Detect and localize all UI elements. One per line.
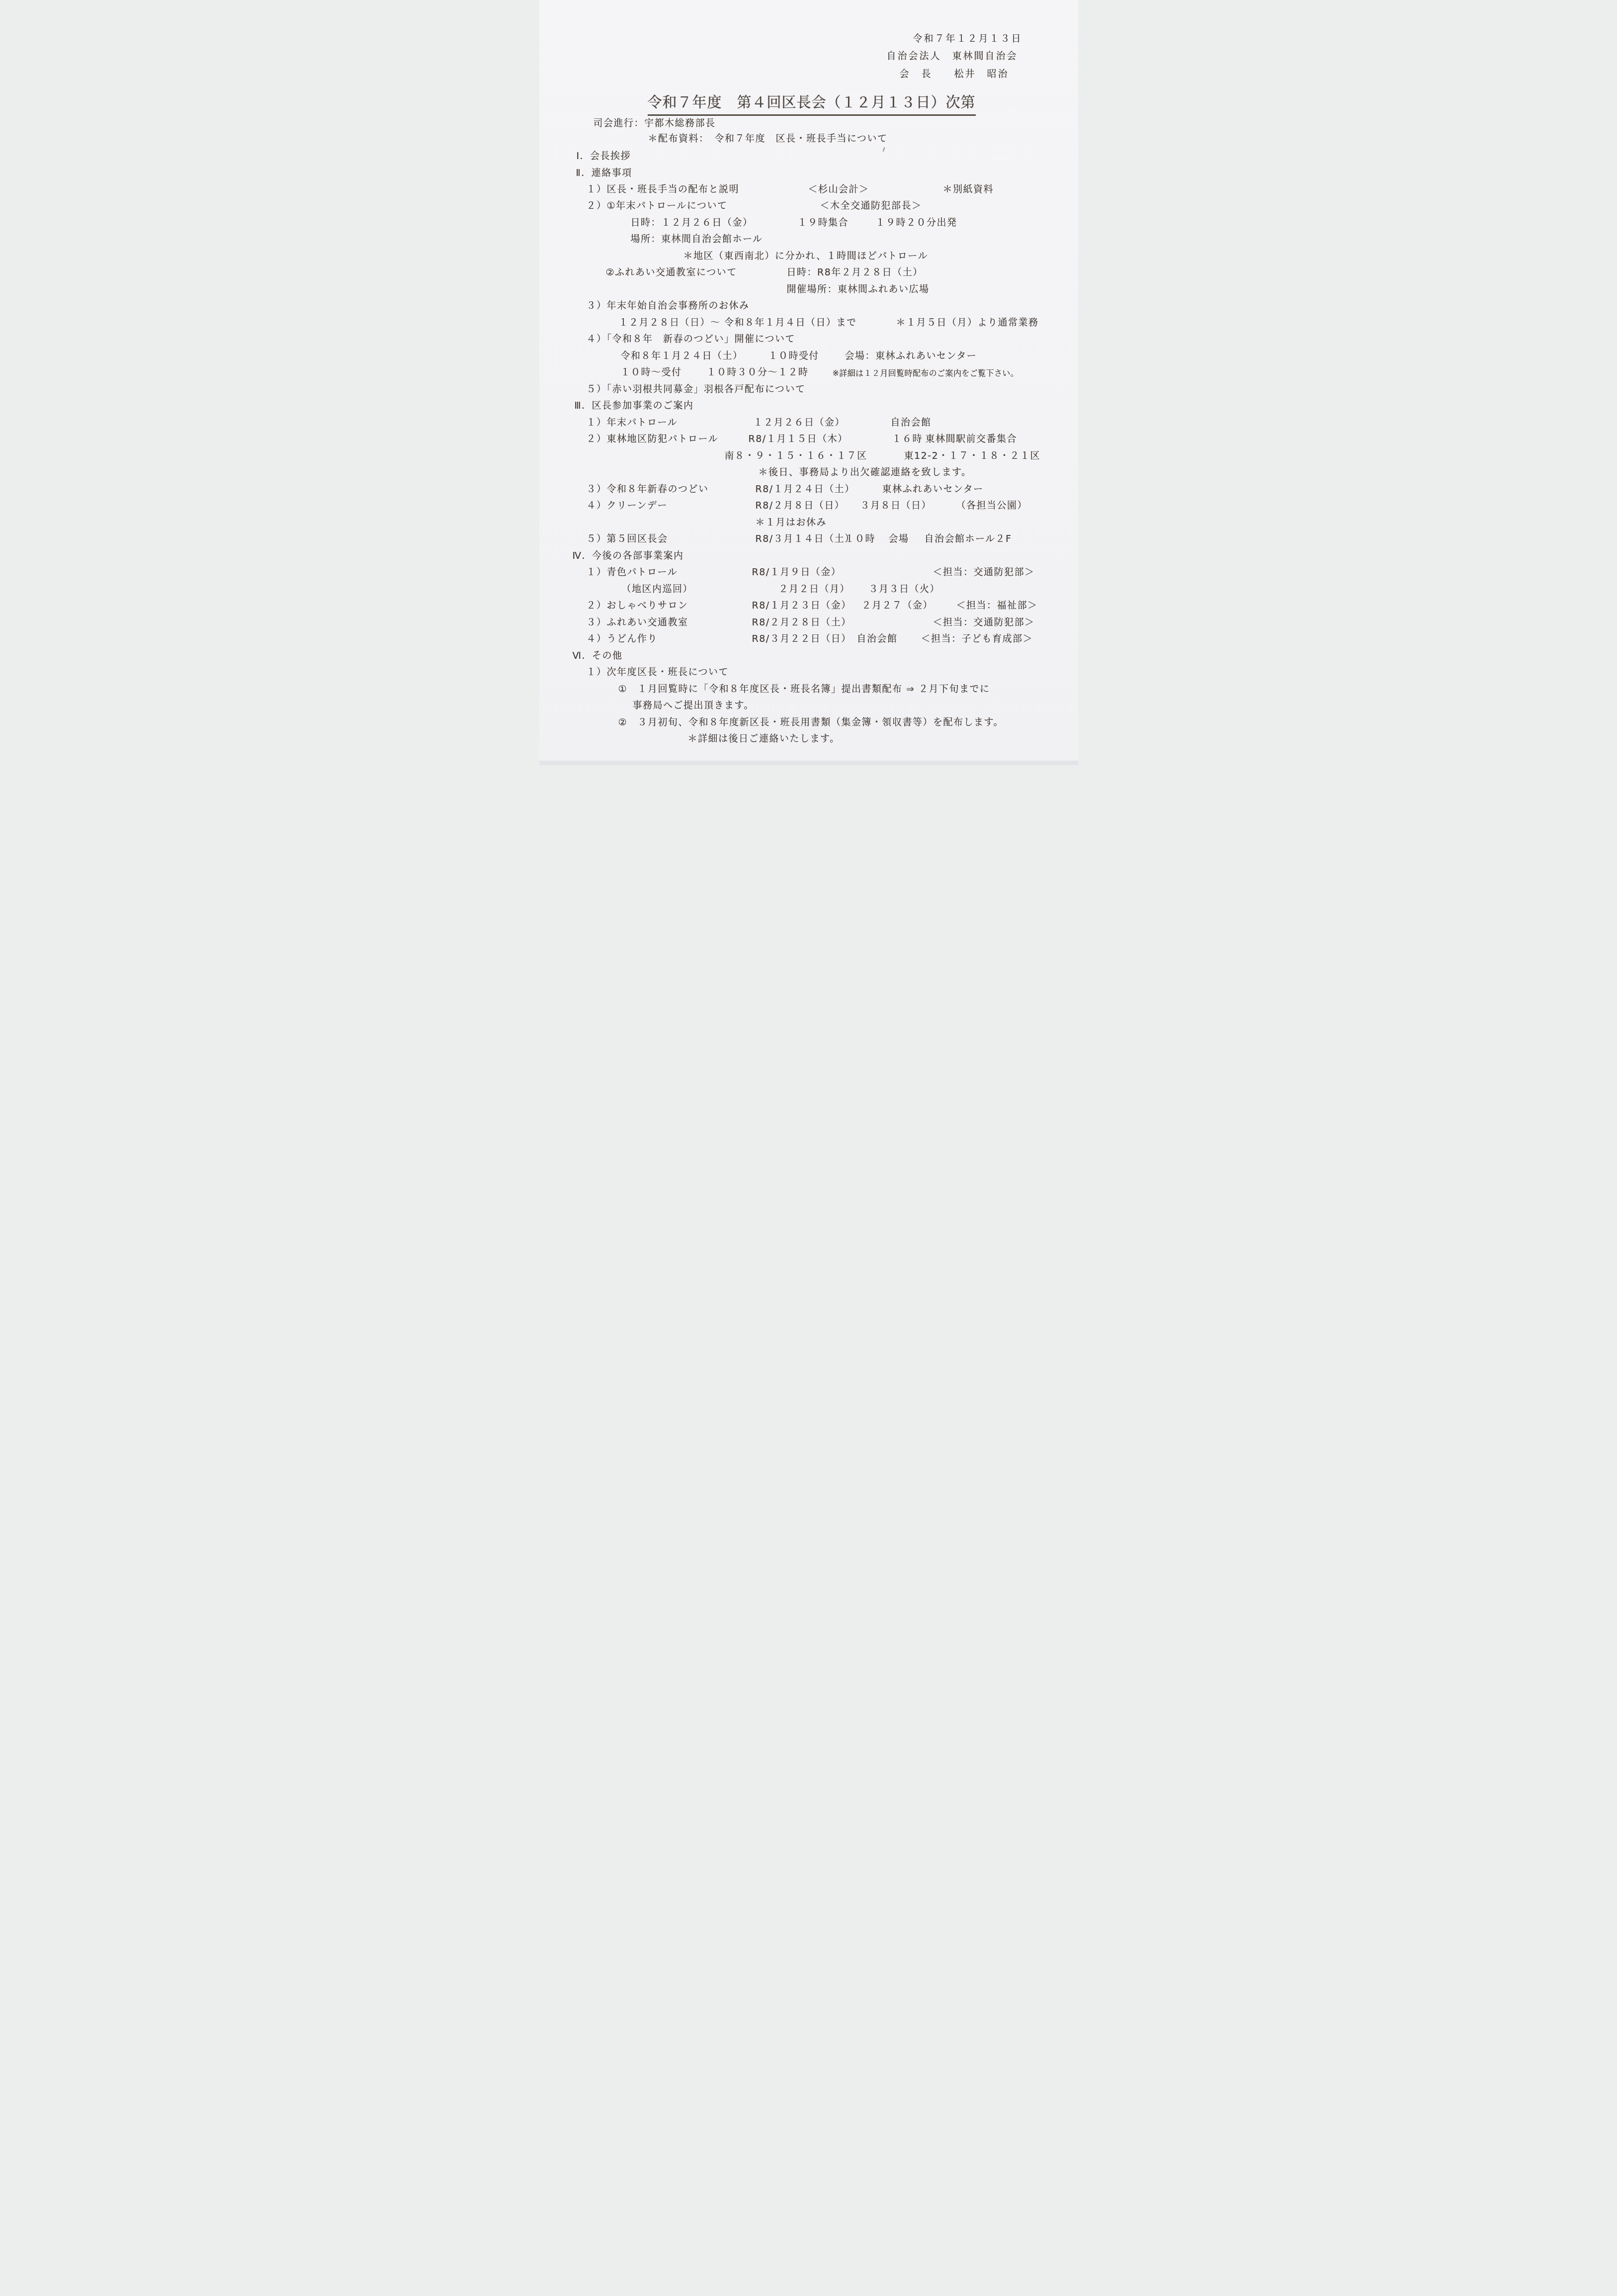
s3-item3-label: ３）令和８年新春のつどい [587,484,709,496]
s3-item2-districts-south: 南８・９・１５・１６・１７区 [725,450,867,462]
s2-item2-sub-datetime: 日時：R8年２月２８日（土） [787,267,923,279]
s6-item1-label: １）次年度区長・班長について [587,667,729,679]
s2-item2-note: ＊地区（東西南北）に分かれ、１時間ほどパトロール [683,251,928,263]
s3-item1-venue: 自治会館 [891,417,932,429]
section-2-heading: Ⅱ．連絡事項 [576,168,632,179]
s4-item2-label: ２）おしゃべりサロン [587,600,688,612]
s3-item4-date1: R8/２月８日（日） [756,500,845,512]
s2-item4-label: ４）「令和８年 新春のつどい」開催について [587,334,796,346]
s3-item1-label: １）年末パトロール [587,417,678,429]
s4-item1-date2: ２月２日（月） [779,584,851,596]
issue-date: 令和７年１２月１３日 [913,33,1022,45]
s2-item4-date: 令和８年１月２４日（土） [621,351,743,362]
s2-item2-sub-place: 開催場所：東林間ふれあい広場 [787,284,930,296]
s6-item1-step2: ② ３月初旬、令和８年度新区長・班長用書類（集金簿・領収書等）を配布します。 [618,717,1004,729]
s3-item2-date: R8/１月１５日（木） [749,434,848,445]
s2-item2-presenter: ＜木全交通防犯部長＞ [820,200,922,212]
s2-item4-time2: １０時３０分～１２時 [707,367,809,379]
scan-artifact [882,147,885,152]
section-1-heading: Ⅰ．会長挨拶 [577,151,631,163]
handout-note: ＊配布資料： 令和７年度 区長・班長手当について [648,133,888,145]
s2-item2-sub-label: ②ふれあい交通教室について [606,267,737,279]
s2-item2-label: ２）①年末パトロールについて [587,200,728,212]
s3-item3-venue: 東林ふれあいセンター [882,484,984,496]
s2-item2-meet: １９時集合 [798,217,849,229]
s2-item3-label: ３）年末年始自治会事務所のお休み [587,300,750,312]
s2-item4-note: ※詳細は１２月回覧時配布のご案内をご覧下さい。 [833,368,1019,378]
s3-item1-date: １２月２６日（金） [754,417,846,429]
section-3-heading: Ⅲ．区長参加事業のご案内 [575,400,694,412]
s4-item2-staff: ＜担当：福祉部＞ [956,600,1038,612]
s2-item1-label: １）区長・班長手当の配布と説明 [587,184,740,196]
scanner-edge [539,761,1078,765]
moderator-line: 司会進行：宇都木総務部長 [594,118,716,130]
scanned-document-page: 令和７年１２月１３日 自治会法人 東林間自治会 会 長 松井 昭治 令和７年度 … [539,0,1078,765]
s3-item3-date: R8/１月２４日（土） [756,484,855,496]
s2-item2-place: 場所：東林間自治会館ホール [631,234,763,246]
s6-item1-step1b: 事務局へご提出頂きます。 [633,700,754,712]
chairman-name: 会 長 松井 昭治 [900,69,1009,81]
s2-item2-depart: １９時２０分出発 [876,217,957,229]
s4-item1-label: １）青色パトロール [587,567,678,579]
s2-item4-reception: １０時受付 [768,351,820,362]
s4-item4-label: ４）うどん作り [587,633,658,645]
s4-item1-sub-label: （地区内巡回） [622,584,693,596]
s3-item2-districts-east: 東12-2・１７・１８・２１区 [904,450,1041,462]
s2-item1-presenter: ＜杉山会計＞ [808,184,869,196]
s4-item3-label: ３）ふれあい交通教室 [587,617,688,629]
s4-item4-staff: ＜担当：子ども育成部＞ [921,633,1033,645]
s6-item1-step1: ① １月回覧時に「令和８年度区長・班長名簿」提出書類配布 ⇒ ２月下旬までに [618,684,990,696]
s3-item2-time: １６時 [892,434,923,445]
s4-item1-date: R8/１月９日（金） [752,567,842,579]
s3-item4-venue: （各担当公園） [956,500,1028,512]
s3-item2-label: ２）東林地区防犯パトロール [587,434,719,445]
s3-item2-note: ＊後日、事務局より出欠確認連絡を致します。 [759,467,972,479]
s2-item3-period: １２月２８日（日）～ 令和８年１月４日（日）まで [619,317,857,329]
s2-item4-time1: １０時～受付 [621,367,682,379]
s4-item1-date3: ３月３日（火） [869,584,940,596]
s3-item5-venue-label: 会場 [889,533,909,545]
s6-item1-note: ＊詳細は後日ご連絡いたします。 [688,733,840,745]
s2-item5-label: ５）「赤い羽根共同募金」羽根各戸配布について [587,384,806,396]
s3-item4-label: ４）クリーンデー [587,500,668,512]
section-4-heading: Ⅳ．今後の各部事業案内 [573,550,684,562]
s4-item2-date: R8/１月２３日（金） [752,600,851,612]
s4-item2-date2: ２月２７（金） [862,600,934,612]
s4-item3-staff: ＜担当：交通防犯部＞ [933,617,1035,629]
s2-item3-note: ＊１月５日（月）より通常業務 [896,317,1039,329]
s3-item5-label: ５）第５回区長会 [587,533,668,545]
document-title: 令和７年度 第４回区長会（１２月１３日）次第 [648,91,976,116]
organization-name: 自治会法人 東林間自治会 [887,51,1018,63]
s3-item5-date: R8/３月１４日（土） [756,533,855,545]
s3-item4-date2: ３月８日（日） [860,500,932,512]
s4-item1-staff: ＜担当：交通防犯部＞ [933,567,1035,579]
s4-item4-venue: 自治会館 [857,633,898,645]
s4-item4-date: R8/３月２２日（日） [752,633,851,645]
section-6-heading: Ⅵ．その他 [573,650,623,662]
s3-item5-venue: 自治会館ホール２F [925,533,1012,545]
s3-item2-venue: 東林間駅前交番集合 [926,434,1018,445]
s2-item2-datetime: 日時：１２月２６日（金） [631,217,753,229]
s3-item4-note: ＊１月はお休み [756,517,827,529]
s4-item3-date: R8/２月２８日（土） [752,617,851,629]
s3-item5-time: １０時 [845,533,876,545]
s2-item1-note: ＊別紙資料 [943,184,994,196]
s2-item4-venue: 会場：東林ふれあいセンター [845,351,977,362]
